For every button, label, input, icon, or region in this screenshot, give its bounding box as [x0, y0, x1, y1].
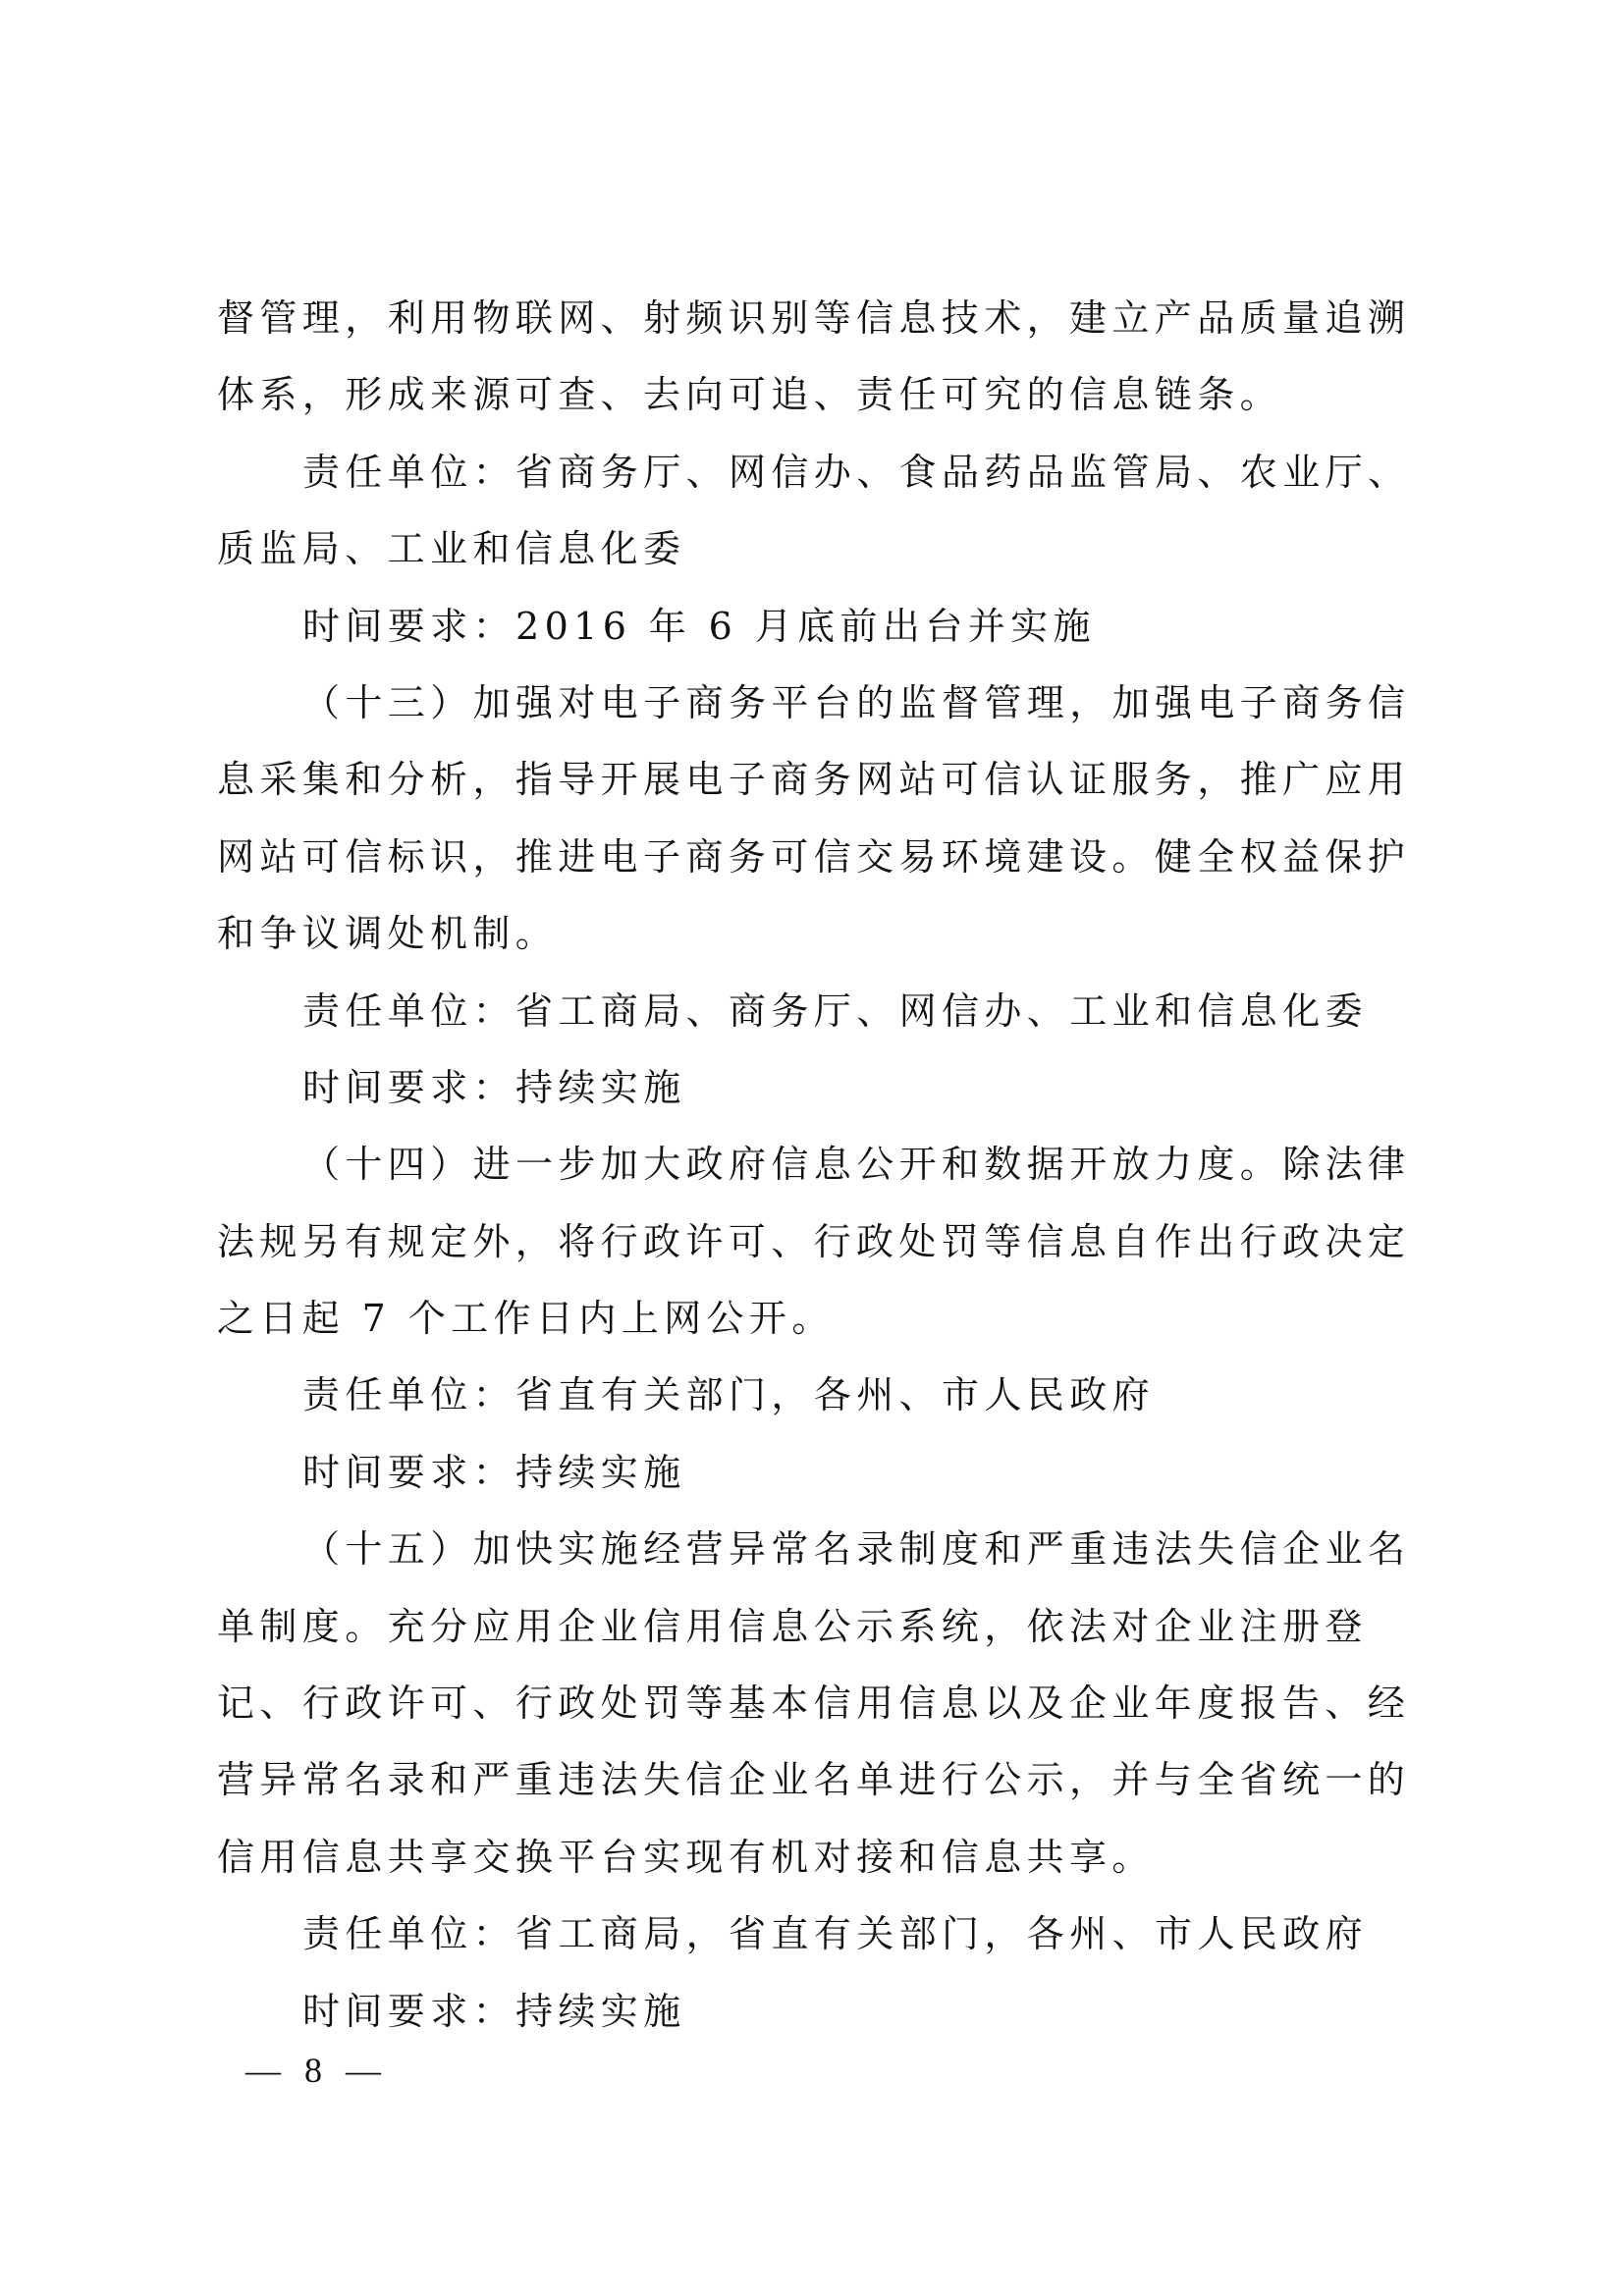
text-line: 责任单位：省工商局、商务厅、网信办、工业和信息化委	[217, 973, 1425, 1049]
text-line: 网站可信标识，推进电子商务可信交易环境建设。健全权益保护	[217, 819, 1425, 895]
document-page: 督管理，利用物联网、射频识别等信息技术，建立产品质量追溯 体系，形成来源可查、去…	[0, 0, 1624, 2296]
page-number: — 8 —	[245, 2050, 383, 2091]
paragraph-time-requirement: 时间要求：2016 年 6 月底前出台并实施	[217, 588, 1425, 665]
text-line: 责任单位：省直有关部门，各州、市人民政府	[217, 1357, 1425, 1433]
paragraph-responsible-units: 责任单位：省工商局、商务厅、网信办、工业和信息化委	[217, 973, 1425, 1049]
paragraph-item-13: （十三）加强对电子商务平台的监督管理，加强电子商务信 息采集和分析，指导开展电子…	[217, 665, 1425, 973]
text-line: 法规另有规定外，将行政许可、行政处罚等信息自作出行政决定	[217, 1203, 1425, 1280]
document-body: 督管理，利用物联网、射频识别等信息技术，建立产品质量追溯 体系，形成来源可查、去…	[217, 280, 1425, 2050]
paragraph-time-requirement: 时间要求：持续实施	[217, 1434, 1425, 1511]
paragraph-responsible-units: 责任单位：省商务厅、网信办、食品药品监管局、农业厅、 质监局、工业和信息化委	[217, 434, 1425, 588]
paragraph-responsible-units: 责任单位：省直有关部门，各州、市人民政府	[217, 1357, 1425, 1433]
text-line: 息采集和分析，指导开展电子商务网站可信认证服务，推广应用	[217, 741, 1425, 818]
paragraph-continuation: 督管理，利用物联网、射频识别等信息技术，建立产品质量追溯 体系，形成来源可查、去…	[217, 280, 1425, 434]
text-line: 责任单位：省商务厅、网信办、食品药品监管局、农业厅、	[217, 434, 1425, 510]
text-line: 营异常名录和严重违法失信企业名单进行公示，并与全省统一的	[217, 1741, 1425, 1818]
text-line: 时间要求：2016 年 6 月底前出台并实施	[217, 588, 1425, 665]
text-line: 记、行政许可、行政处罚等基本信用信息以及企业年度报告、经	[217, 1665, 1425, 1741]
text-line: 责任单位：省工商局，省直有关部门，各州、市人民政府	[217, 1896, 1425, 1972]
text-line: 时间要求：持续实施	[217, 1434, 1425, 1511]
text-line: （十五）加快实施经营异常名录制度和严重违法失信企业名	[217, 1511, 1425, 1587]
text-line: 和争议调处机制。	[217, 895, 1425, 972]
text-line: 质监局、工业和信息化委	[217, 510, 1425, 587]
paragraph-time-requirement: 时间要求：持续实施	[217, 1973, 1425, 2050]
paragraph-time-requirement: 时间要求：持续实施	[217, 1049, 1425, 1126]
paragraph-item-14: （十四）进一步加大政府信息公开和数据开放力度。除法律 法规另有规定外，将行政许可…	[217, 1126, 1425, 1357]
text-line: 督管理，利用物联网、射频识别等信息技术，建立产品质量追溯	[217, 280, 1425, 356]
text-line: 体系，形成来源可查、去向可追、责任可究的信息链条。	[217, 356, 1425, 433]
text-line: 之日起 7 个工作日内上网公开。	[217, 1280, 1425, 1357]
text-line: （十四）进一步加大政府信息公开和数据开放力度。除法律	[217, 1126, 1425, 1202]
text-line: （十三）加强对电子商务平台的监督管理，加强电子商务信	[217, 665, 1425, 741]
text-line: 时间要求：持续实施	[217, 1973, 1425, 2050]
paragraph-item-15: （十五）加快实施经营异常名录制度和严重违法失信企业名 单制度。充分应用企业信用信…	[217, 1511, 1425, 1896]
text-line: 时间要求：持续实施	[217, 1049, 1425, 1126]
text-line: 单制度。充分应用企业信用信息公示系统，依法对企业注册登	[217, 1588, 1425, 1665]
paragraph-responsible-units: 责任单位：省工商局，省直有关部门，各州、市人民政府	[217, 1896, 1425, 1972]
text-line: 信用信息共享交换平台实现有机对接和信息共享。	[217, 1819, 1425, 1896]
